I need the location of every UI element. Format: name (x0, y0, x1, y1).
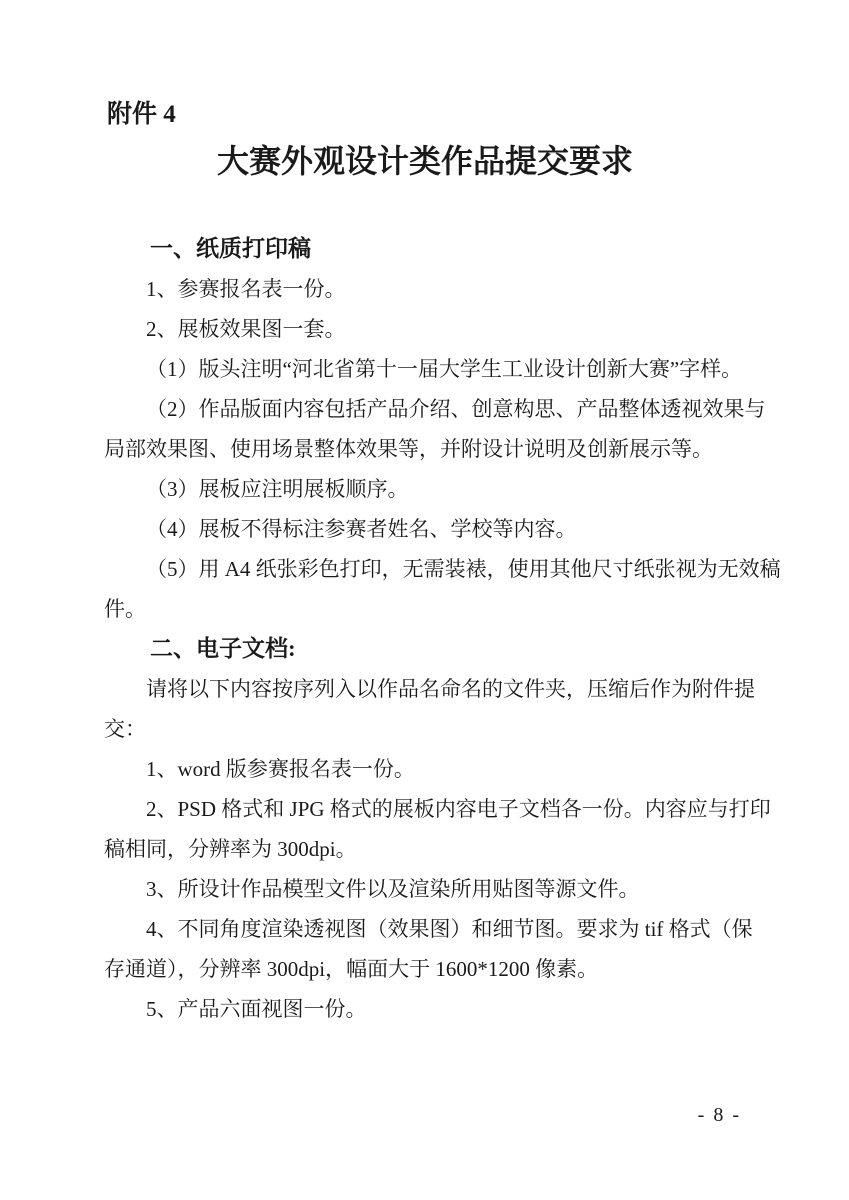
paragraph-line: （3）展板应注明展板顺序。 (104, 469, 764, 509)
paragraph: （1）版头注明“河北省第十一届大学生工业设计创新大赛”字样。 (104, 349, 764, 389)
paragraph-line: 件。 (104, 589, 764, 629)
document-page: 附件 4 大赛外观设计类作品提交要求 一、纸质打印稿1、参赛报名表一份。2、展板… (0, 0, 849, 1200)
paragraph-line: 3、所设计作品模型文件以及渲染所用贴图等源文件。 (104, 869, 764, 909)
paragraph-line: （1）版头注明“河北省第十一届大学生工业设计创新大赛”字样。 (104, 349, 764, 389)
attachment-label: 附件 4 (107, 98, 176, 132)
paragraph-line: 2、PSD 格式和 JPG 格式的展板内容电子文档各一份。内容应与打印 (104, 789, 764, 829)
paragraph: 1、word 版参赛报名表一份。 (104, 749, 764, 789)
paragraph-line: 1、参赛报名表一份。 (104, 269, 764, 309)
paragraph: 2、PSD 格式和 JPG 格式的展板内容电子文档各一份。内容应与打印稿相同，分… (104, 789, 764, 869)
paragraph-line: 5、产品六面视图一份。 (104, 989, 764, 1029)
paragraph: 请将以下内容按序列入以作品名命名的文件夹，压缩后作为附件提交： (104, 669, 764, 749)
paragraph: 4、不同角度渲染透视图（效果图）和细节图。要求为 tif 格式（保存通道），分辨… (104, 909, 764, 989)
section-heading: 一、纸质打印稿 (104, 229, 764, 269)
paragraph: （5）用 A4 纸张彩色打印，无需装裱，使用其他尺寸纸张视为无效稿件。 (104, 549, 764, 629)
paragraph-line: 2、展板效果图一套。 (104, 309, 764, 349)
page-number: - 8 - (0, 1101, 741, 1129)
paragraph: 3、所设计作品模型文件以及渲染所用贴图等源文件。 (104, 869, 764, 909)
section-heading: 二、电子文档: (104, 629, 764, 669)
paragraph: （2）作品版面内容包括产品介绍、创意构思、产品整体透视效果与局部效果图、使用场景… (104, 389, 764, 469)
document-body: 一、纸质打印稿1、参赛报名表一份。2、展板效果图一套。（1）版头注明“河北省第十… (104, 229, 764, 1029)
paragraph-line: 1、word 版参赛报名表一份。 (104, 749, 764, 789)
paragraph: （3）展板应注明展板顺序。 (104, 469, 764, 509)
document-title: 大赛外观设计类作品提交要求 (105, 139, 745, 183)
paragraph-line: （5）用 A4 纸张彩色打印，无需装裱，使用其他尺寸纸张视为无效稿 (104, 549, 764, 589)
paragraph-line: （4）展板不得标注参赛者姓名、学校等内容。 (104, 509, 764, 549)
paragraph: 5、产品六面视图一份。 (104, 989, 764, 1029)
paragraph-line: 请将以下内容按序列入以作品名命名的文件夹，压缩后作为附件提 (104, 669, 764, 709)
paragraph-line: 4、不同角度渲染透视图（效果图）和细节图。要求为 tif 格式（保 (104, 909, 764, 949)
paragraph-line: 稿相同，分辨率为 300dpi。 (104, 829, 764, 869)
paragraph-line: 交： (104, 709, 764, 749)
paragraph: 2、展板效果图一套。 (104, 309, 764, 349)
paragraph-line: 存通道），分辨率 300dpi，幅面大于 1600*1200 像素。 (104, 949, 764, 989)
paragraph-line: 局部效果图、使用场景整体效果等，并附设计说明及创新展示等。 (104, 429, 764, 469)
paragraph: 1、参赛报名表一份。 (104, 269, 764, 309)
paragraph-line: （2）作品版面内容包括产品介绍、创意构思、产品整体透视效果与 (104, 389, 764, 429)
paragraph: （4）展板不得标注参赛者姓名、学校等内容。 (104, 509, 764, 549)
